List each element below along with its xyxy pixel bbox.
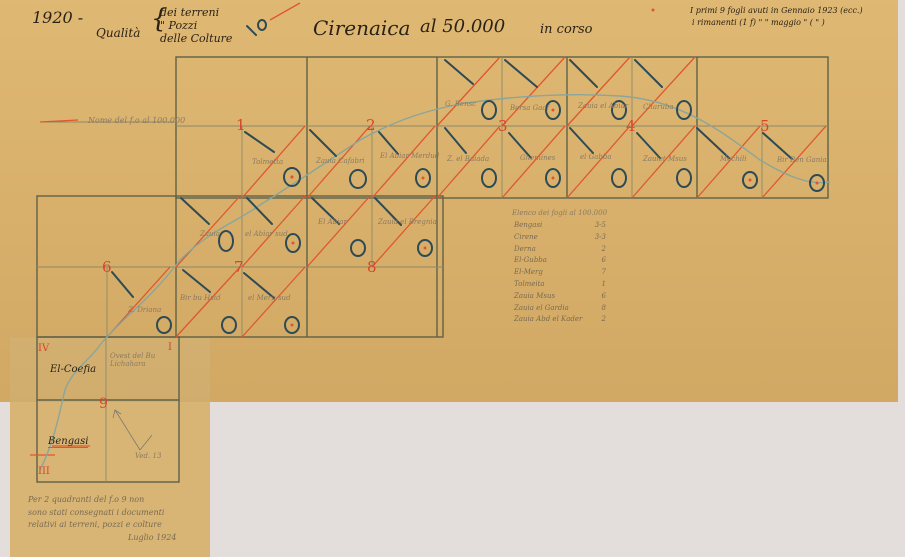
place-el-coefia: El-Coefia xyxy=(50,364,96,375)
index-row: Tolmeita1 xyxy=(514,279,606,291)
arrow-note: Ved. 13 xyxy=(135,452,161,460)
cell-label: El Abiar Merdud xyxy=(380,152,439,160)
cell-label: Bersa Gaaf xyxy=(510,104,549,112)
cell-label: Charuba xyxy=(643,103,674,111)
cell-label: Zauiet Msus xyxy=(643,155,687,163)
cell-label: Zauia el Bregnia xyxy=(378,218,437,226)
footer-note-line: relativi ai terreni, pozzi e colture xyxy=(28,519,176,532)
qualita-items: dei terreni " Pozzi delle Colture xyxy=(160,6,232,45)
sheet-number-2: 2 xyxy=(366,116,376,134)
delivery-note-2: i rimanenti (1 f) " " maggio " ( " ) xyxy=(692,18,825,27)
sheet-number-7: 7 xyxy=(234,258,244,276)
cell-label: el Merg sud xyxy=(248,294,291,302)
cell-label: Tolmetta xyxy=(252,158,283,166)
sheet-number-9: 9 xyxy=(99,396,108,412)
place-bengasi: Bengasi xyxy=(48,436,88,448)
qualita-label: Qualità xyxy=(96,26,140,40)
cell-label: Z. el Baiada xyxy=(447,155,489,163)
cell-label: el Abiar sud xyxy=(245,230,288,238)
index-row: El-Gubba6 xyxy=(514,255,606,267)
qualita-item-colture: delle Colture xyxy=(160,32,232,45)
sheet-number-4: 4 xyxy=(626,117,636,135)
legend-red-line-label: Nome del f.o al 100.000 xyxy=(88,116,185,125)
cell-label: Bir bu Hsid xyxy=(180,294,221,302)
index-row: El-Merg7 xyxy=(514,267,606,279)
qualita-item-terreni: dei terreni xyxy=(160,6,232,19)
map-title: Cirenaica xyxy=(313,16,410,40)
index-table-title: Elenco dei fogli al 100.000 xyxy=(512,209,607,217)
cell-label: Zauia xyxy=(200,230,220,238)
qualita-item-pozzi: " Pozzi xyxy=(160,19,232,32)
map-status: in corso xyxy=(540,22,592,37)
cell-label: Z. Driana xyxy=(128,306,161,314)
index-row: Zauia el Gardia8 xyxy=(514,303,606,315)
sheet-number-3: 3 xyxy=(498,117,508,135)
delivery-note-1: I primi 9 fogli avuti in Gennaio 1923 (e… xyxy=(690,6,863,15)
index-row: Derna2 xyxy=(514,244,606,256)
footer-note-line: Per 2 quadranti del f.o 9 non xyxy=(28,494,176,507)
cell-label: Zauia Cafabri xyxy=(316,157,365,165)
index-row: Zauia Abd el Kader2 xyxy=(514,314,606,326)
footer-note-line: sono stati consegnati i documenti xyxy=(28,507,176,520)
cell-label: El Abiar xyxy=(318,218,347,226)
map-scale: al 50.000 xyxy=(420,16,505,37)
index-row: Bengasi3-5 xyxy=(514,220,606,232)
cell-label: el Gabba xyxy=(580,153,612,161)
cell-label: Zauia el Abiar xyxy=(578,102,628,110)
cell-label: Mechili xyxy=(720,155,746,163)
cell-label: Ghemines xyxy=(520,154,555,162)
footer-note-date: Luglio 1924 xyxy=(28,532,176,545)
roman-numeral-iv: IV xyxy=(38,343,49,354)
year-label: 1920 - xyxy=(32,8,83,27)
cell-note: Ovest del Bu Lichahara xyxy=(110,352,170,368)
index-row: Zauia Msus6 xyxy=(514,291,606,303)
index-table: Bengasi3-5 Cirene3-3 Derna2 El-Gubba6 El… xyxy=(514,220,606,326)
index-row: Cirene3-3 xyxy=(514,232,606,244)
map-grid xyxy=(0,0,905,557)
sheet-number-1: 1 xyxy=(236,116,246,134)
cell-label: Bir Ben Gania xyxy=(777,156,827,164)
footer-note: Per 2 quadranti del f.o 9 non sono stati… xyxy=(28,494,176,544)
sheet-number-5: 5 xyxy=(760,117,770,135)
sheet-number-8: 8 xyxy=(367,258,377,276)
cell-label: G. Bensc xyxy=(445,100,476,108)
roman-numeral-iii: III xyxy=(38,466,50,477)
sheet-number-6: 6 xyxy=(102,258,112,276)
